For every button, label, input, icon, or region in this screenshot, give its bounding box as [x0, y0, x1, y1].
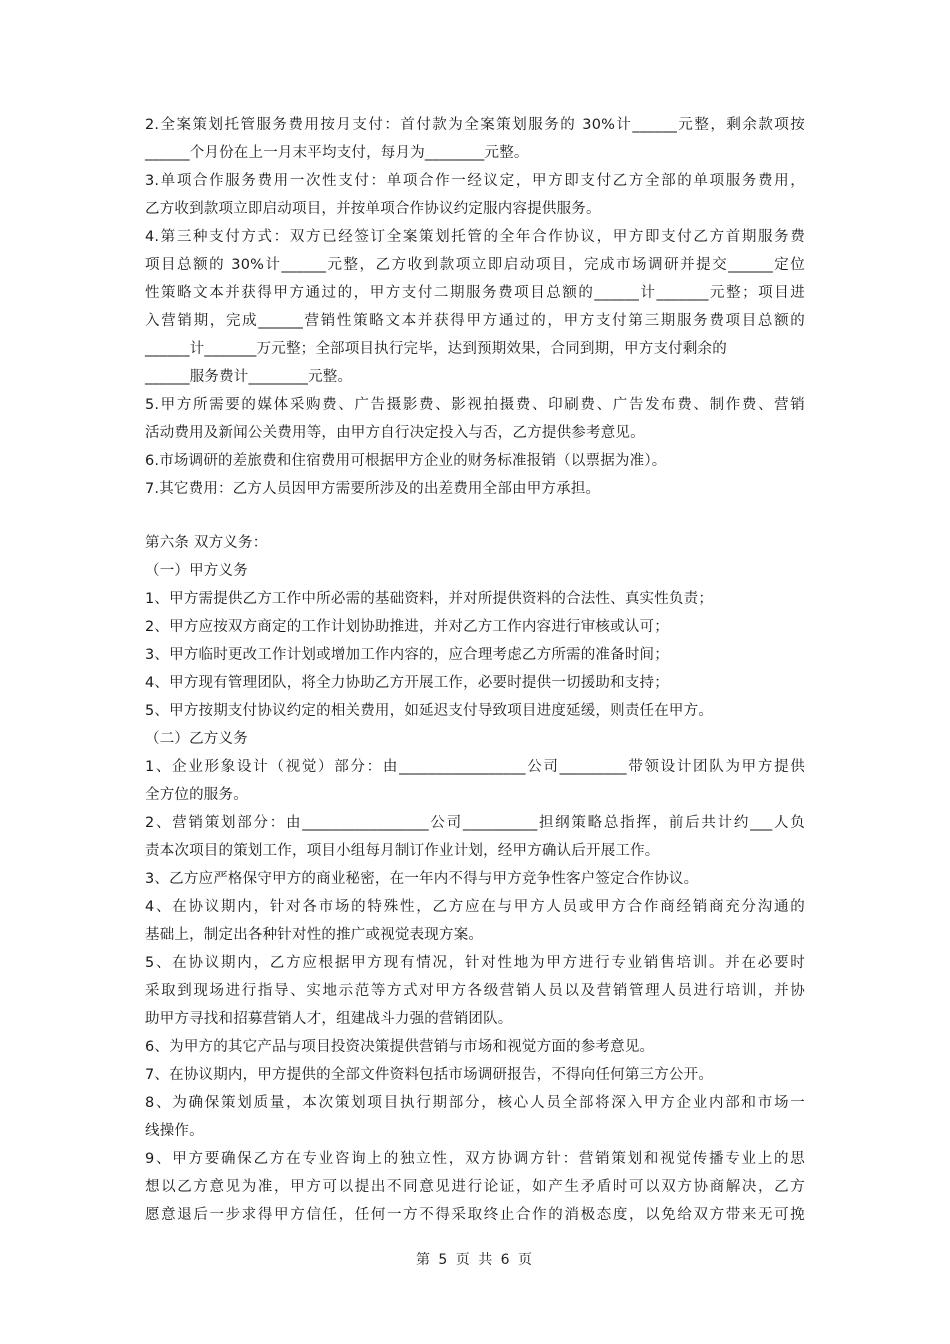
text-line: 4、甲方现有管理团队，将全力协助乙方开展工作，必要时提供一切援助和支持；	[145, 673, 805, 693]
text-line: 全方位的服务。	[145, 785, 805, 805]
text-line: 采取到现场进行指导、实地示范等方式对甲方各级营销人员以及营销管理人员进行培训，并…	[145, 981, 805, 1001]
text-line: （二）乙方义务	[145, 729, 805, 749]
text-line: 7、在协议期内，甲方提供的全部文件资料包括市场调研报告，不得向任何第三方公开。	[145, 1065, 805, 1085]
text-line: 4、在协议期内，针对各市场的特殊性，乙方应在与甲方人员或甲方合作商经销商充分沟通…	[145, 897, 805, 917]
text-line: 3、甲方临时更改工作计划或增加工作内容的，应合理考虑乙方所需的准备时间；	[145, 645, 805, 665]
text-line: 2、甲方应按双方商定的工作计划协助推进，并对乙方工作内容进行审核或认可；	[145, 617, 805, 637]
document-page: 2.全案策划托管服务费用按月支付：首付款为全案策划服务的 30%计______元…	[0, 0, 950, 1344]
text-line: 7.其它费用：乙方人员因甲方需要所涉及的出差费用全部由甲方承担。	[145, 479, 805, 499]
text-line: 9、甲方要确保乙方在专业咨询上的独立性，双方协调方针：营销策划和视觉传播专业上的…	[145, 1149, 805, 1169]
text-line: 5、甲方按期支付协议约定的相关费用，如延迟支付导致项目进度延缓，则责任在甲方。	[145, 701, 805, 721]
text-line: 6、为甲方的其它产品与项目投资决策提供营销与市场和视觉方面的参考意见。	[145, 1037, 805, 1057]
text-line: 第六条 双方义务：	[145, 533, 805, 553]
text-line: ______个月份在上一月末平均支付，每月为________元整。	[145, 143, 805, 163]
text-line: 愿意退后一步求得甲方信任，任何一方不得采取终止合作的消极态度，以免给双方带来无可…	[145, 1205, 805, 1225]
page-number-footer: 第 5 页 共 6 页	[0, 1249, 950, 1269]
text-line: 6.市场调研的差旅费和住宿费用可根据甲方企业的财务标准报销（以票据为准）。	[145, 451, 805, 471]
text-line: （一）甲方义务	[145, 561, 805, 581]
text-line: 基础上，制定出各种针对性的推广或视觉表现方案。	[145, 925, 805, 945]
text-line: 3、乙方应严格保守甲方的商业秘密，在一年内不得与甲方竞争性客户签定合作协议。	[145, 869, 805, 889]
text-line: 5、在协议期内，乙方应根据甲方现有情况，针对性地为甲方进行专业销售培训。并在必要…	[145, 953, 805, 973]
text-line: 8、为确保策划质量，本次策划项目执行期部分，核心人员全部将深入甲方企业内部和市场…	[145, 1093, 805, 1113]
text-line: 责本次项目的策划工作，项目小组每月制订作业计划，经甲方确认后开展工作。	[145, 841, 805, 861]
text-line: 2.全案策划托管服务费用按月支付：首付款为全案策划服务的 30%计______元…	[145, 115, 805, 135]
text-line: 乙方收到款项立即启动项目，并按单项合作协议约定服内容提供服务。	[145, 199, 805, 219]
text-line: 线操作。	[145, 1121, 805, 1141]
text-line: 3.单项合作服务费用一次性支付：单项合作一经议定，甲方即支付乙方全部的单项服务费…	[145, 171, 805, 191]
text-line: ______计_______万元整；全部项目执行完毕，达到预期效果，合同到期，甲…	[145, 339, 805, 359]
text-line: 4.第三种支付方式：双方已经签订全案策划托管的全年合作协议，甲方即支付乙方首期服…	[145, 227, 805, 247]
text-line: 1、企业形象设计（视觉）部分：由_________________公司_____…	[145, 757, 805, 777]
text-line: 入营销期，完成______营销性策略文本并获得甲方通过的，甲方支付第三期服务费项…	[145, 311, 805, 331]
text-line: ______服务费计________元整。	[145, 367, 805, 387]
text-line: 1、甲方需提供乙方工作中所必需的基础资料，并对所提供资料的合法性、真实性负责；	[145, 589, 805, 609]
text-line: 5.甲方所需要的媒体采购费、广告摄影费、影视拍摄费、印刷费、广告发布费、制作费、…	[145, 395, 805, 415]
text-line: 活动费用及新闻公关费用等，由甲方自行决定投入与否，乙方提供参考意见。	[145, 423, 805, 443]
text-line: 想以乙方意见为准，甲方可以提出不同意见进行论证，如产生矛盾时可以双方协商解决，乙…	[145, 1177, 805, 1197]
text-line: 项目总额的 30%计______元整，乙方收到款项立即启动项目，完成市场调研并提…	[145, 255, 805, 275]
text-line: 2、营销策划部分：由_________________公司__________担…	[145, 813, 805, 833]
text-line: 性策略文本并获得甲方通过的，甲方支付二期服务费项目总额的______计_____…	[145, 283, 805, 303]
text-line: 助甲方寻找和招募营销人才，组建战斗力强的营销团队。	[145, 1009, 805, 1029]
